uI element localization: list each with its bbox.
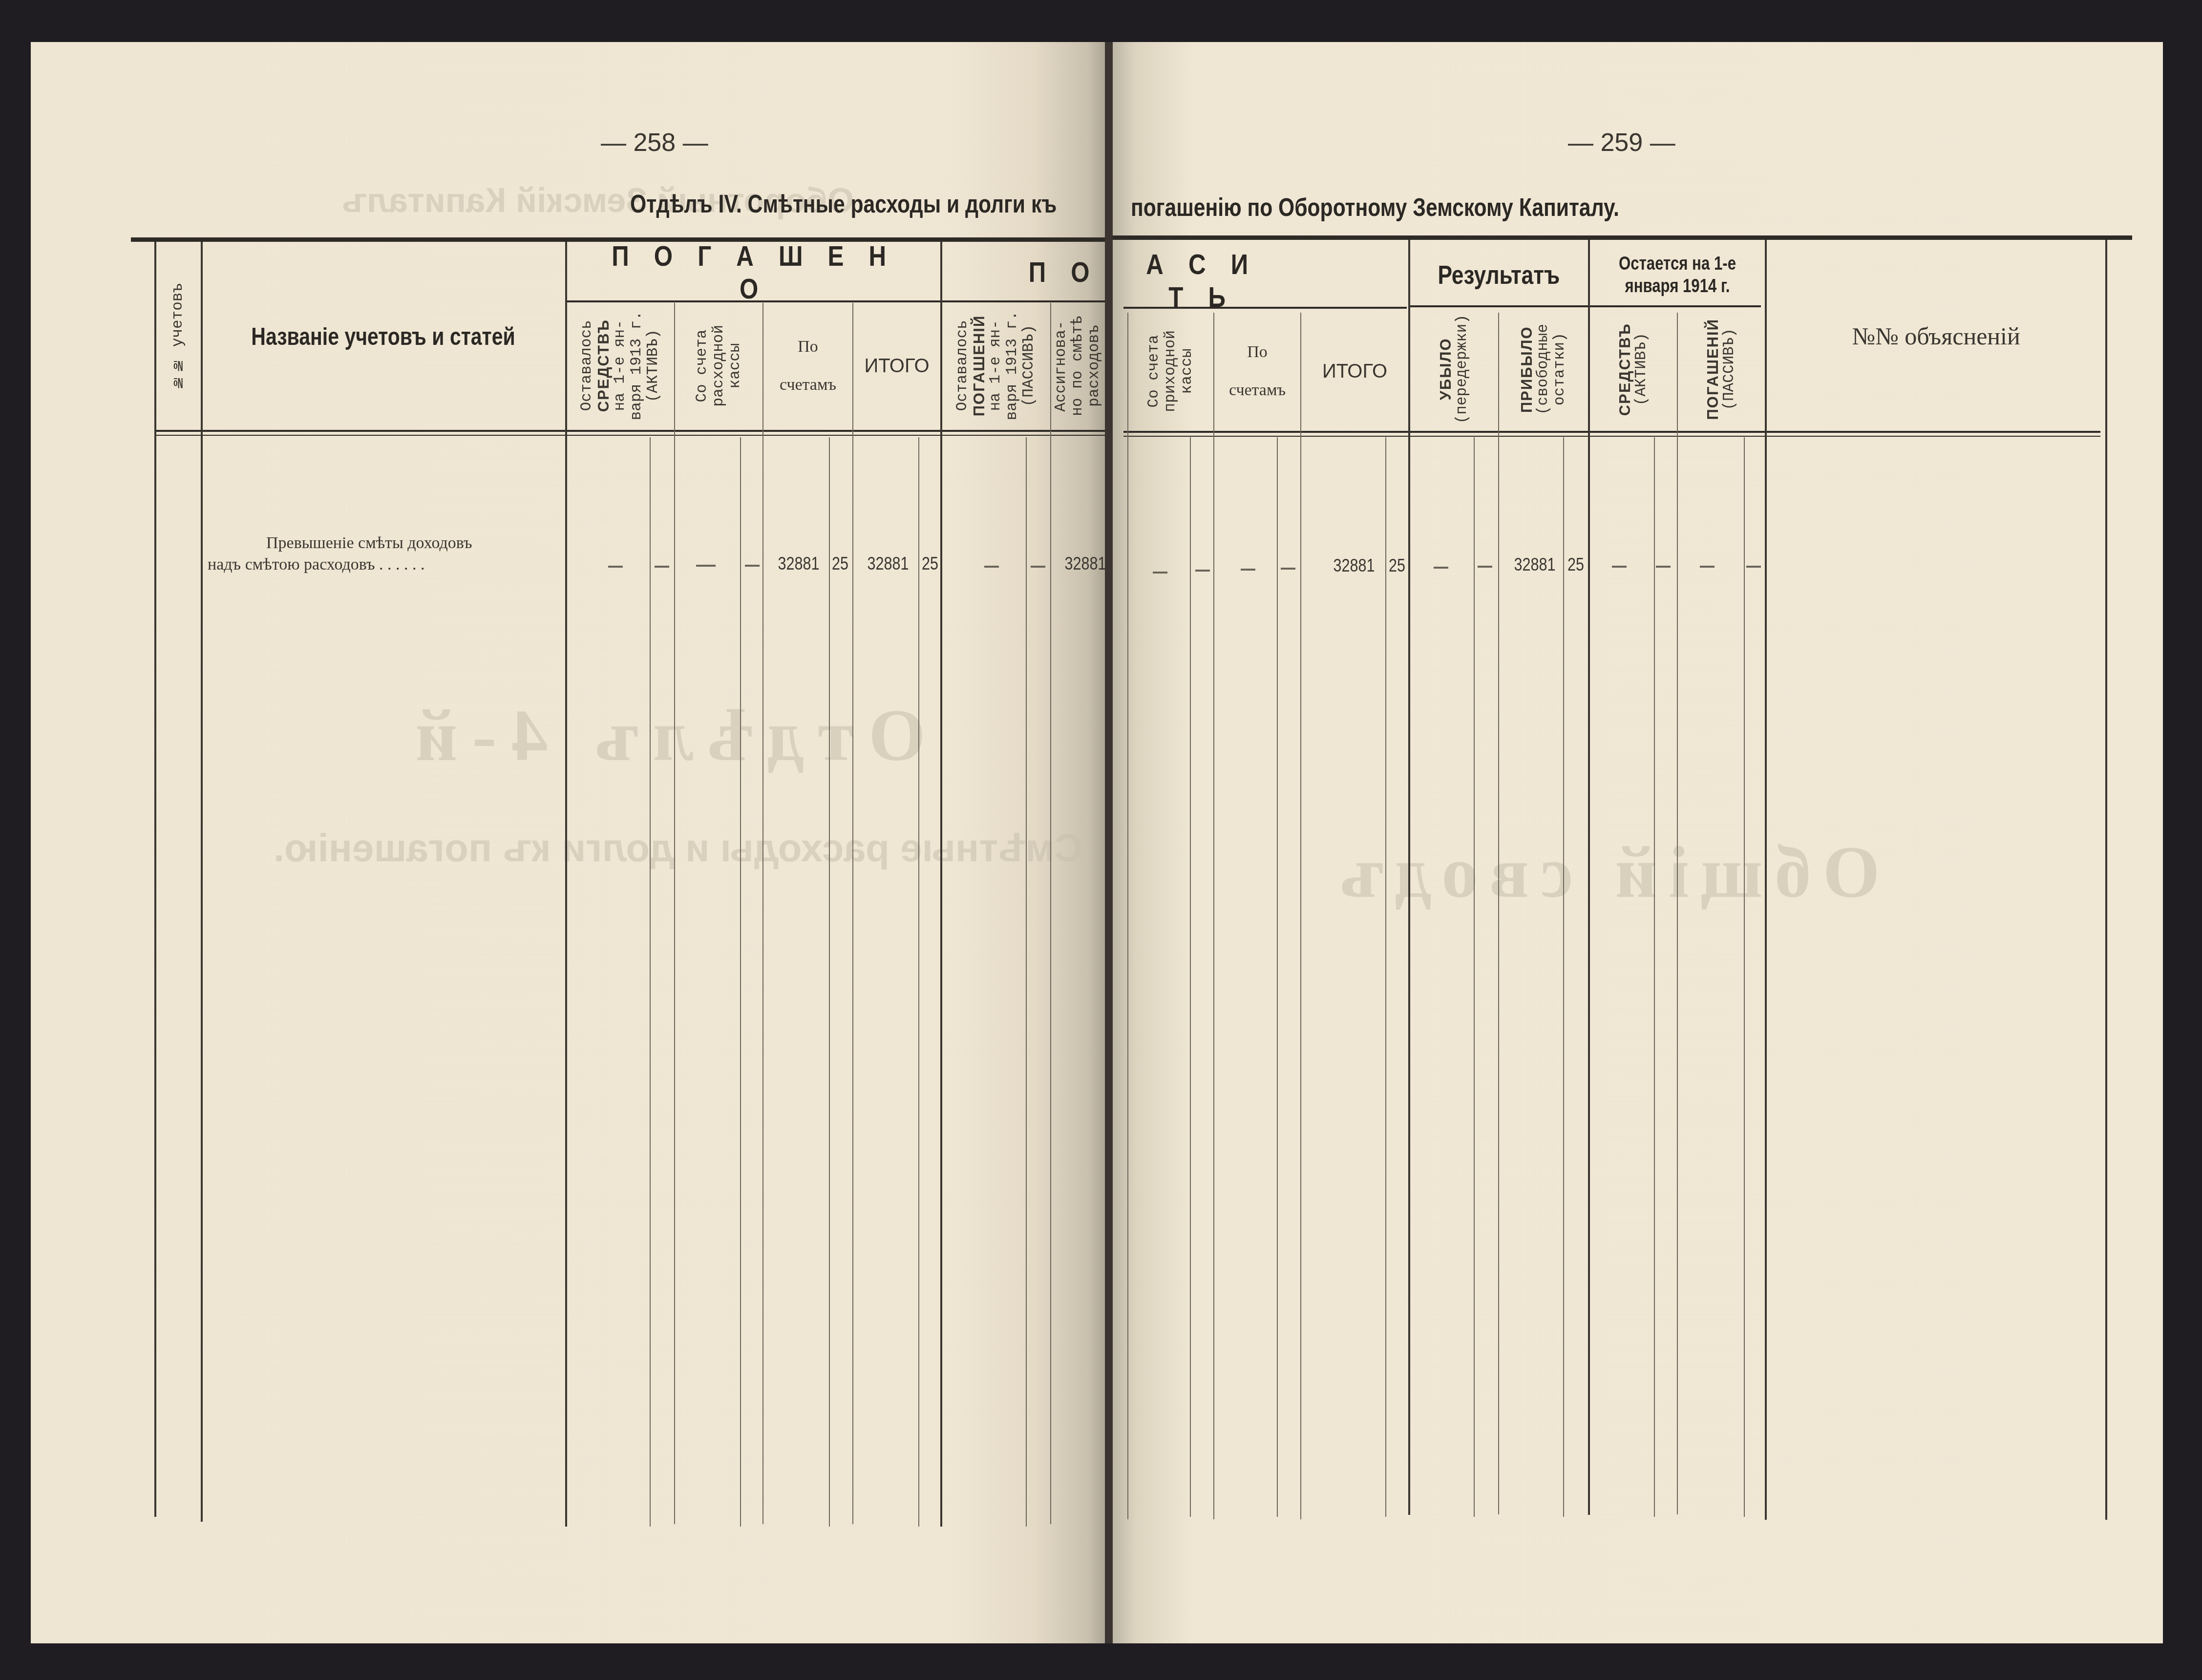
- header-group-topay-left: П О: [942, 244, 1105, 300]
- subcol-line: [762, 303, 763, 1524]
- subcol-line: [1498, 313, 1499, 1514]
- section-title-left: Отдѣлъ IV. Смѣтные расходы и долги къ: [630, 190, 1057, 219]
- header-name: Названіе учетовъ и статей: [202, 244, 565, 429]
- col-line: [154, 242, 156, 1517]
- header-paid-by-accounts: По счетамъ: [763, 303, 852, 429]
- header-topay-from-cash: Со счетаприходнойкассы: [1128, 313, 1213, 430]
- cell-topay-assigned: 32881: [1065, 553, 1106, 574]
- kop-line: [1563, 437, 1564, 1517]
- header-paid-balance: ОставалосьСРЕДСТВЪна 1-е ян-варя 1913 г.…: [567, 303, 674, 429]
- header-topay-by-accounts: По счетамъ: [1214, 313, 1300, 430]
- cell-topay-total: 32881: [1334, 555, 1375, 576]
- header-group-topay-right-text: А С И Т Ь: [1135, 248, 1268, 314]
- cell-topay-from-cash: [1153, 572, 1167, 574]
- header-bottom-rule-right: [1123, 431, 2100, 433]
- header-paid-from-cash-text: Со счетарасходнойкассы: [694, 325, 744, 406]
- header-remains-assets: СРЕДСТВЪ(АКТИВЪ): [1590, 309, 1677, 430]
- header-group-paid: П О Г А Ш Е Н О: [567, 244, 940, 300]
- group-rule-result: [1409, 305, 1761, 307]
- kop-line: [650, 437, 651, 1527]
- cell-remains-assets: [1612, 566, 1627, 568]
- subcol-line: [1300, 313, 1301, 1519]
- cell-paid-balance: [608, 566, 623, 568]
- header-group-result: Результатъ: [1410, 244, 1588, 305]
- header-bottom-rule-left: [156, 430, 1105, 432]
- kop-line: [1277, 437, 1278, 1517]
- cell-topay-by-accounts-kop: [1281, 568, 1295, 570]
- header-group-result-text: Результатъ: [1438, 260, 1560, 290]
- header-topay-total-text: ИТОГО: [1322, 361, 1387, 383]
- page-number-right: — 259 —: [1568, 128, 1675, 157]
- header-remains-liabilities: ПОГАШЕНІЙ(ПАССИВЪ): [1678, 309, 1765, 430]
- subcol-line: [1050, 303, 1051, 1524]
- header-topay-balance-text: ОставалосьПОГАШЕНІЙна 1-е ян-варя 1913 г…: [954, 311, 1037, 420]
- bleed-through-heading-left: Отдѣлъ 4-й: [401, 694, 926, 778]
- header-account-no: №№ учетовъ: [155, 244, 201, 429]
- header-topay-assigned: Ассигнова-но по смѣтѣрасходовъ: [1051, 303, 1105, 429]
- col-line: [565, 242, 567, 1527]
- cell-topay-total-kop: 25: [1389, 555, 1405, 576]
- kop-line: [740, 437, 741, 1527]
- header-remains-liabilities-text: ПОГАШЕНІЙ(ПАССИВЪ): [1705, 319, 1738, 420]
- header-topay-balance: ОставалосьПОГАШЕНІЙна 1-е ян-варя 1913 г…: [942, 303, 1050, 429]
- header-paid-from-cash: Со счетарасходнойкассы: [675, 303, 762, 429]
- header-topay-by-accounts-line2: счетамъ: [1229, 381, 1286, 400]
- row-label-line2: надъ смѣтою расходовъ . . . . . .: [208, 554, 425, 575]
- col-line: [1588, 240, 1590, 1515]
- header-paid-by-accounts-line2: счетамъ: [780, 376, 836, 394]
- header-paid-by-accounts-line1: По: [798, 338, 818, 356]
- cell-result-gain: 32881: [1514, 554, 1556, 575]
- cell-topay-balance: [984, 566, 999, 568]
- bleed-through-subtitle-left: Смѣтные расходы и долги къ погашенію.: [274, 826, 1083, 871]
- kop-line: [918, 437, 919, 1527]
- header-paid-total-text: ИТОГО: [864, 355, 929, 377]
- bleed-through-heading-right: Общій сводъ: [1329, 830, 1880, 914]
- kop-line: [829, 437, 830, 1527]
- col-line: [201, 242, 203, 1522]
- col-line: [2105, 240, 2107, 1520]
- cell-topay-from-cash-kop: [1195, 570, 1210, 572]
- header-result-loss-text: УБЫЛО(передержки): [1438, 315, 1471, 424]
- kop-line: [1190, 437, 1191, 1517]
- kop-line: [1654, 437, 1655, 1517]
- cell-paid-by-accounts-kop: 25: [832, 553, 848, 574]
- col-line: [1765, 240, 1767, 1520]
- cell-paid-balance-kop: [655, 566, 669, 568]
- cell-result-loss: [1434, 567, 1448, 569]
- subcol-line: [674, 303, 675, 1524]
- header-bottom-rule-right-2: [1123, 436, 2100, 437]
- header-result-gain: ПРИБЫЛО(свободныеостатки): [1499, 309, 1588, 430]
- cell-paid-from-cash-kop: [745, 565, 760, 567]
- header-topay-total: ИТОГО: [1301, 313, 1408, 430]
- cell-topay-by-accounts: [1241, 569, 1255, 571]
- cell-topay-balance-kop: [1031, 566, 1045, 568]
- table-top-rule-right: [1113, 235, 2132, 240]
- header-explanations-text: №№ объясненій: [1852, 322, 2020, 350]
- kop-line: [1744, 437, 1745, 1517]
- section-title-right: погашенію по Оборотному Земскому Капитал…: [1131, 193, 1619, 222]
- header-bottom-rule-left-2: [156, 435, 1105, 436]
- cell-paid-total: 32881: [868, 553, 909, 574]
- kop-line: [1385, 437, 1386, 1517]
- cell-paid-by-accounts: 32881: [778, 553, 820, 574]
- header-group-remains: Остается на 1-е января 1914 г.: [1590, 244, 1765, 305]
- header-topay-from-cash-text: Со счетаприходнойкассы: [1146, 330, 1196, 412]
- page-number-left: — 258 —: [601, 128, 708, 157]
- subcol-line: [1677, 313, 1678, 1514]
- col-line: [1408, 240, 1410, 1515]
- cell-remains-liabilities: [1700, 566, 1715, 568]
- cell-result-gain-kop: 25: [1567, 554, 1584, 575]
- header-name-text: Названіе учетовъ и статей: [252, 322, 515, 351]
- cell-result-loss-kop: [1478, 566, 1492, 568]
- subcol-line: [1127, 313, 1128, 1519]
- subcol-line: [852, 303, 853, 1524]
- header-result-loss: УБЫЛО(передержки): [1410, 309, 1498, 430]
- cell-remains-liabilities-kop: [1746, 566, 1761, 568]
- cell-remains-assets-kop: [1656, 566, 1671, 568]
- book-spine: [1105, 42, 1113, 1643]
- kop-line: [1026, 437, 1027, 1527]
- row-label-line1: Превышеніе смѣты доходовъ: [266, 532, 472, 554]
- header-group-topay-right: А С И Т Ь: [1123, 254, 1280, 308]
- header-paid-total: ИТОГО: [853, 303, 940, 429]
- header-topay-assigned-text: Ассигнова-но по смѣтѣрасходовъ: [1053, 316, 1103, 416]
- header-group-topay-left-text: П О: [1029, 256, 1099, 289]
- header-group-paid-text: П О Г А Ш Е Н О: [594, 240, 912, 305]
- header-account-no-text: №№ учетовъ: [170, 283, 187, 390]
- header-topay-by-accounts-line1: По: [1247, 343, 1268, 362]
- col-line: [940, 242, 942, 1527]
- header-explanations: №№ объясненій: [1767, 242, 2105, 430]
- header-result-gain-text: ПРИБЫЛО(свободныеостатки): [1519, 324, 1568, 415]
- header-group-remains-text: Остается на 1-е января 1914 г.: [1617, 253, 1737, 298]
- cell-paid-total-kop: 25: [922, 553, 938, 574]
- subcol-line: [1213, 313, 1214, 1519]
- cell-paid-from-cash: [696, 565, 716, 567]
- header-paid-balance-text: ОставалосьСРЕДСТВЪна 1-е ян-варя 1913 г.…: [579, 311, 662, 420]
- header-remains-assets-text: СРЕДСТВЪ(АКТИВЪ): [1617, 323, 1650, 416]
- kop-line: [1474, 437, 1475, 1517]
